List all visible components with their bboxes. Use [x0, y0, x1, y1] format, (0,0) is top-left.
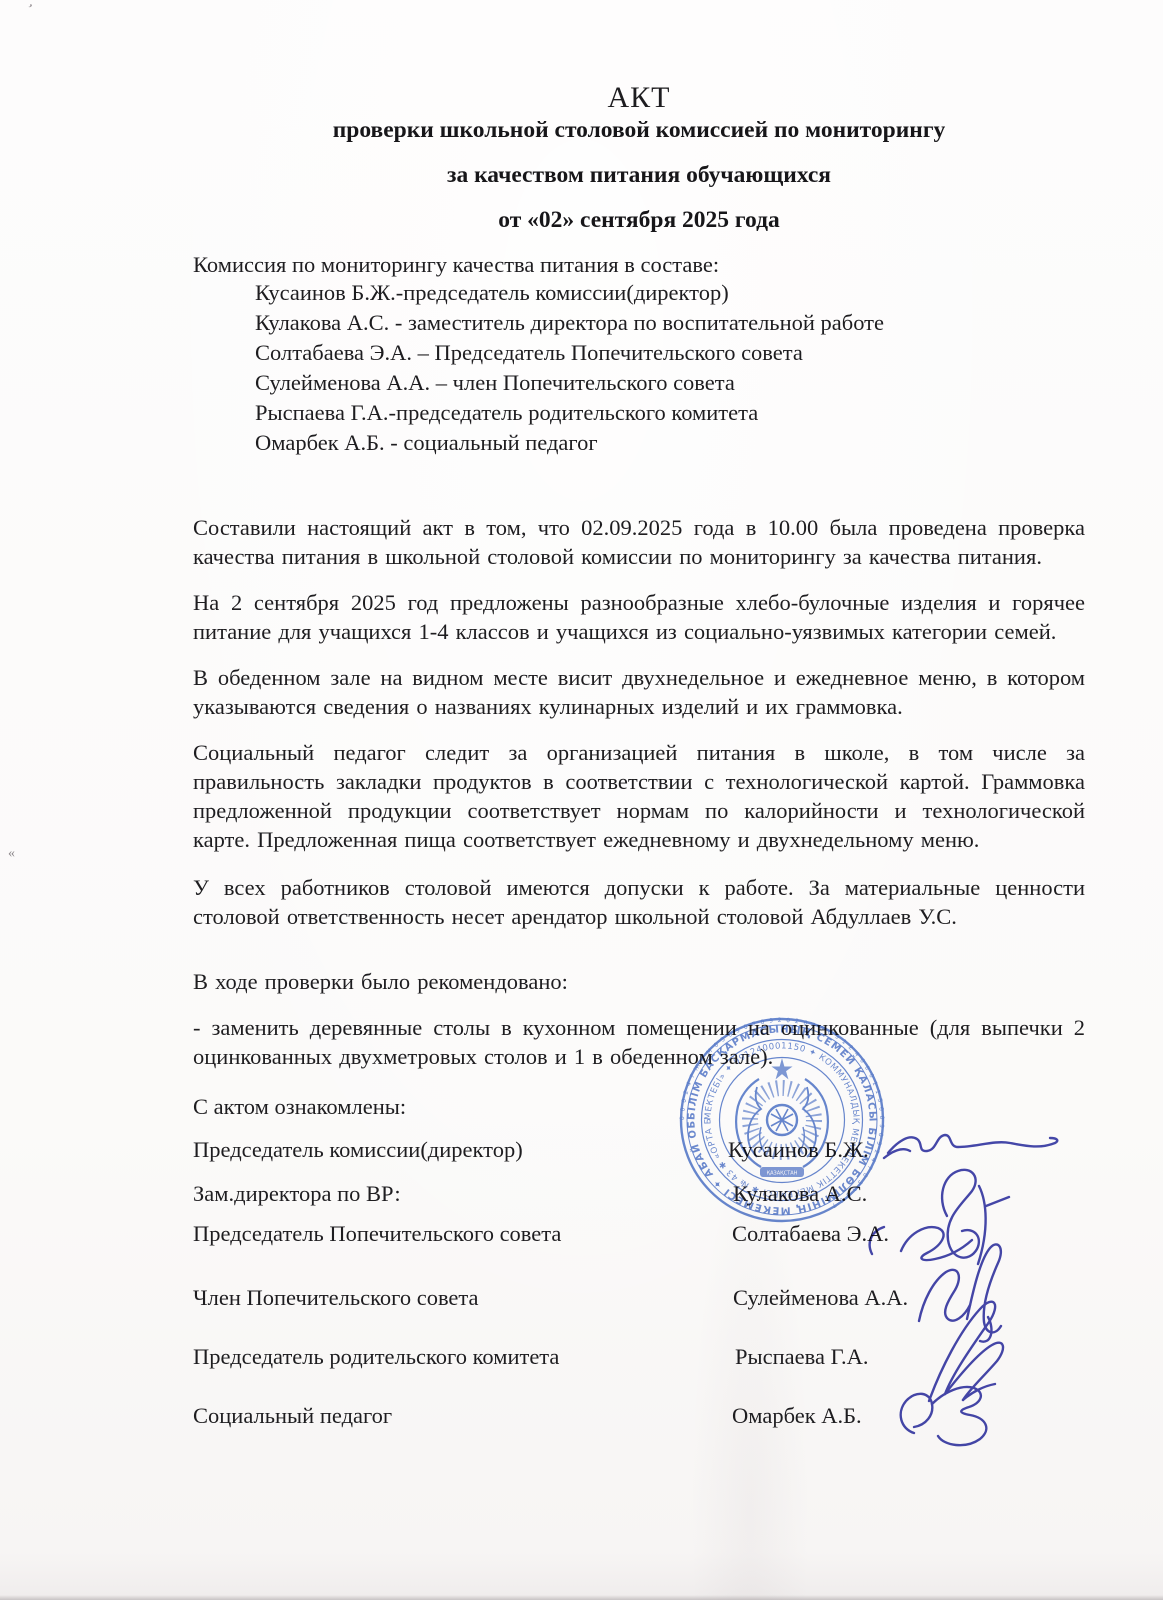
paragraph-staff: У всех работников столовой имеются допус…	[193, 873, 1085, 931]
doc-subtitle-2: за качеством питания обучающихся	[193, 160, 1085, 190]
doc-subtitle-3: от «02» сентября 2025 года	[193, 205, 1085, 235]
doc-title: АКТ	[193, 80, 1115, 116]
signature-omarbek	[901, 1387, 987, 1445]
emblem-star	[773, 1060, 791, 1078]
signature-role: Председатель комиссии(директор)	[193, 1135, 523, 1164]
emblem-wing-left	[736, 1079, 765, 1167]
signature-role: Зам.директора по ВР:	[193, 1179, 401, 1208]
paragraph-inspection: Составили настоящий акт в том, что 02.09…	[193, 513, 1085, 571]
acknowledgement-line: С актом ознакомлены:	[193, 1092, 406, 1121]
commission-member: Сулейменова А.А. – член Попечительского …	[255, 368, 1085, 398]
commission-member: Рыспаева Г.А.-председатель родительского…	[255, 398, 1085, 428]
paragraph-menu-offer: На 2 сентября 2025 год предложены разноо…	[193, 588, 1085, 646]
signature-kulakova	[942, 1170, 1009, 1264]
commission-block: Комиссия по мониторингу качества питания…	[193, 250, 1085, 458]
signature-suleimenova	[919, 1244, 1001, 1341]
doc-subtitle-1: проверки школьной столовой комиссией по …	[193, 115, 1085, 145]
scan-speck-left-margin: «	[8, 846, 15, 862]
commission-intro: Комиссия по мониторингу качества питания…	[193, 250, 1085, 280]
paragraph-dining-hall: В обеденном зале на видном месте висит д…	[193, 663, 1085, 721]
commission-member: Солтабаева Э.А. – Председатель Попечител…	[255, 338, 1085, 368]
signature-role: Председатель родительского комитета	[193, 1342, 559, 1371]
scan-bottom-shadow	[0, 1595, 1163, 1600]
signature-role: Член Попечительского совета	[193, 1283, 479, 1312]
commission-member: Кусаинов Б.Ж.-председатель комиссии(дире…	[255, 278, 1085, 308]
signature-kusainov	[884, 1135, 1057, 1158]
commission-member-list: Кусаинов Б.Ж.-председатель комиссии(дире…	[193, 278, 1085, 458]
official-round-seal-stamp: ҚАЗАҚСТАН 0 0 0 2 4 7 Ж С М 0 3 0 9 0 7 …	[677, 1015, 887, 1225]
scanned-act-document: ʼ « АКТ проверки школьной столовой комис…	[0, 0, 1163, 1600]
signature-role: Председатель Попечительского совета	[193, 1219, 561, 1248]
scan-speck-top-left: ʼ	[23, 2, 35, 18]
commission-member: Омарбек А.Б. - социальный педагог	[255, 428, 1085, 458]
paragraph-recommendation: - заменить деревянные столы в кухонном п…	[193, 1013, 1085, 1071]
signature-name: Сулейменова А.А.	[733, 1283, 908, 1312]
signature-ryspaeva	[929, 1302, 1003, 1401]
commission-member: Кулакова А.С. - заместитель директора по…	[255, 308, 1085, 338]
signature-role: Социальный педагог	[193, 1401, 392, 1430]
paragraph-recommended-intro: В ходе проверки было рекомендовано:	[193, 967, 1085, 996]
signature-name: Омарбек А.Б.	[732, 1401, 862, 1430]
paragraph-social-teacher: Социальный педагог следит за организацие…	[193, 738, 1085, 854]
signature-name: Рыспаева Г.А.	[735, 1342, 869, 1371]
emblem-banner-text: ҚАЗАҚСТАН	[767, 1171, 798, 1177]
